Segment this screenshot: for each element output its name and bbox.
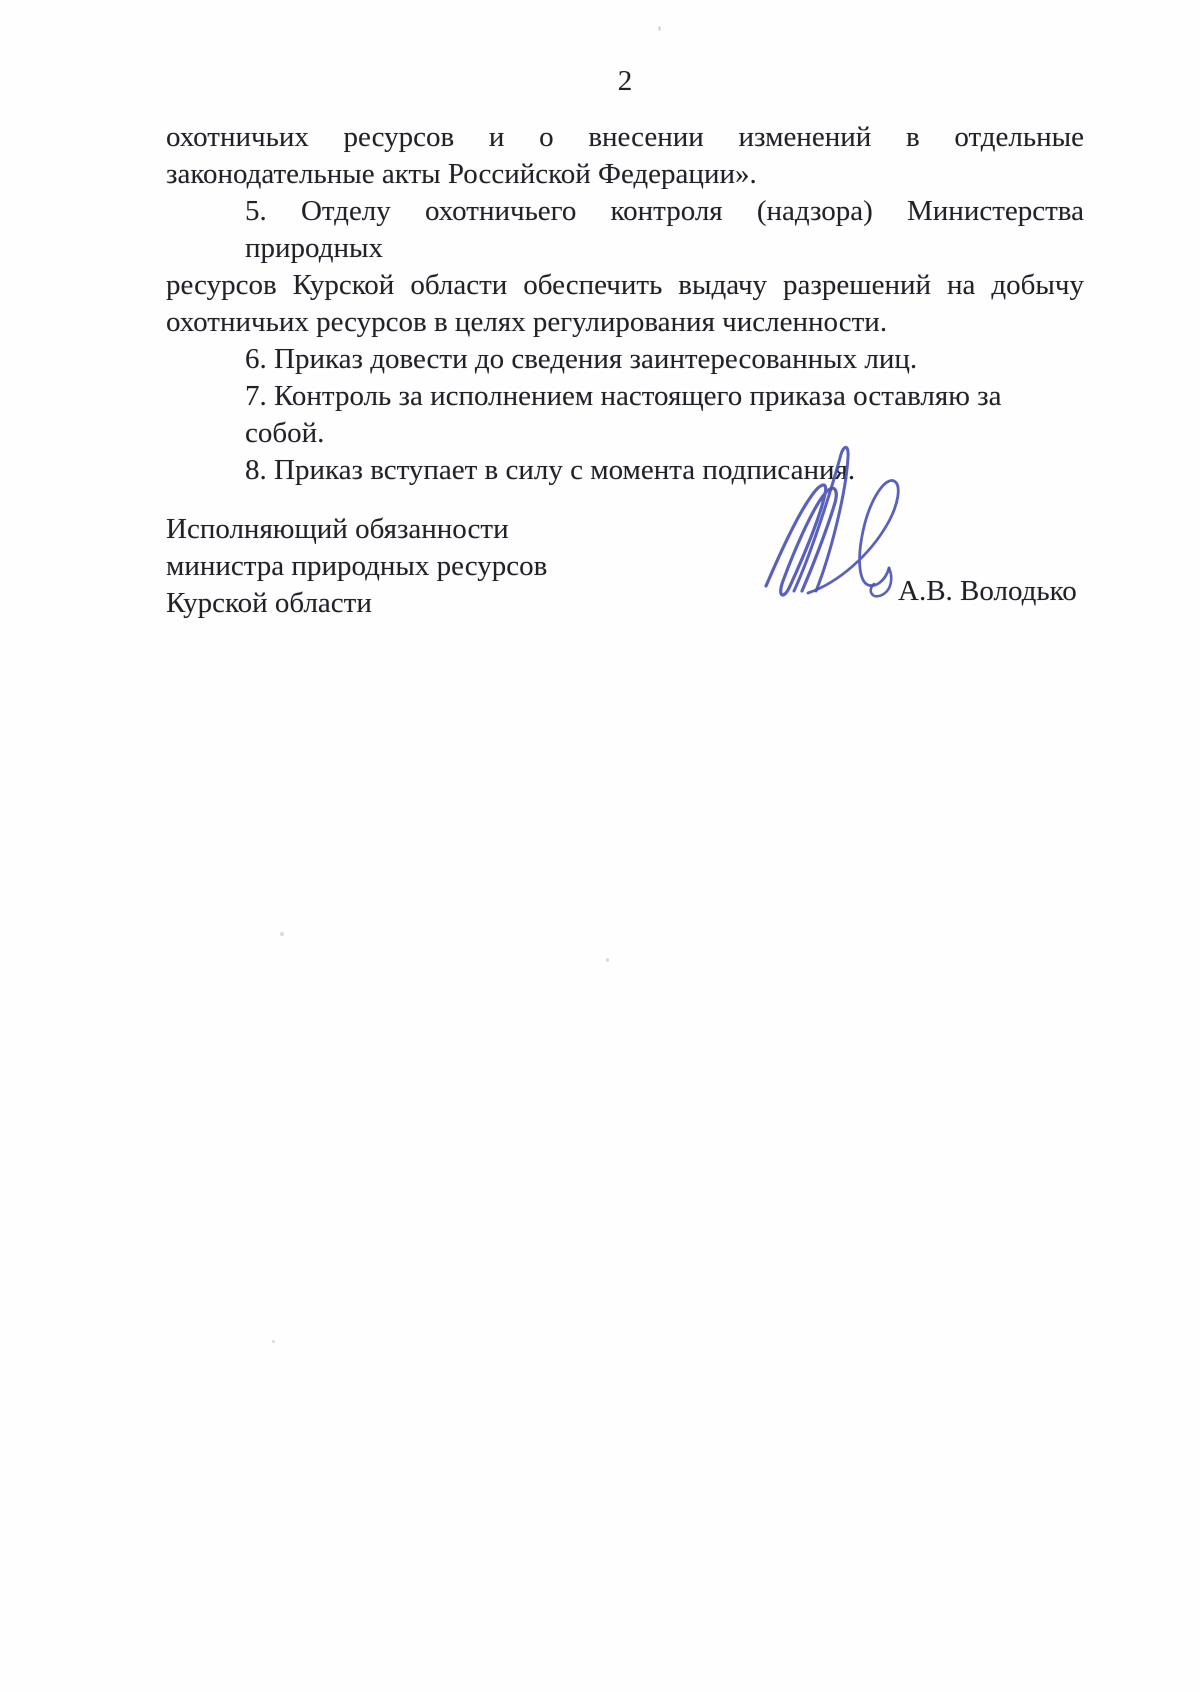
scan-speck [606, 958, 609, 962]
page-number: 2 [166, 63, 1084, 100]
body-line-item-8: 8. Приказ вступает в силу с момента подп… [166, 452, 1084, 489]
scan-speck [280, 932, 284, 936]
signatory-name: А.В. Володько [898, 573, 1077, 610]
signatory-title-line: министра природных ресурсов [166, 548, 686, 585]
body-line-item-6: 6. Приказ довести до сведения заинтересо… [166, 341, 1084, 378]
body-line: ресурсов Курской области обеспечить выда… [166, 267, 1084, 304]
scan-speck [272, 1340, 275, 1343]
body-line: охотничьих ресурсов и о внесении изменен… [166, 119, 1084, 156]
document-body: охотничьих ресурсов и о внесении изменен… [166, 119, 1084, 489]
body-line: охотничьих ресурсов в целях регулировани… [166, 304, 1084, 341]
signatory-title: Исполняющий обязанности министра природн… [166, 511, 686, 622]
handwritten-signature-icon [756, 436, 914, 604]
document-page: 2 охотничьих ресурсов и о внесении измен… [0, 0, 1200, 1692]
signatory-title-line: Исполняющий обязанности [166, 511, 686, 548]
body-line: законодательные акты Российской Федераци… [166, 156, 1084, 193]
signatory-title-line: Курской области [166, 585, 686, 622]
body-line-item-7: 7. Контроль за исполнением настоящего пр… [166, 378, 1084, 452]
body-line-item-5: 5. Отделу охотничьего контроля (надзора)… [166, 193, 1084, 267]
scan-speck [658, 26, 661, 31]
